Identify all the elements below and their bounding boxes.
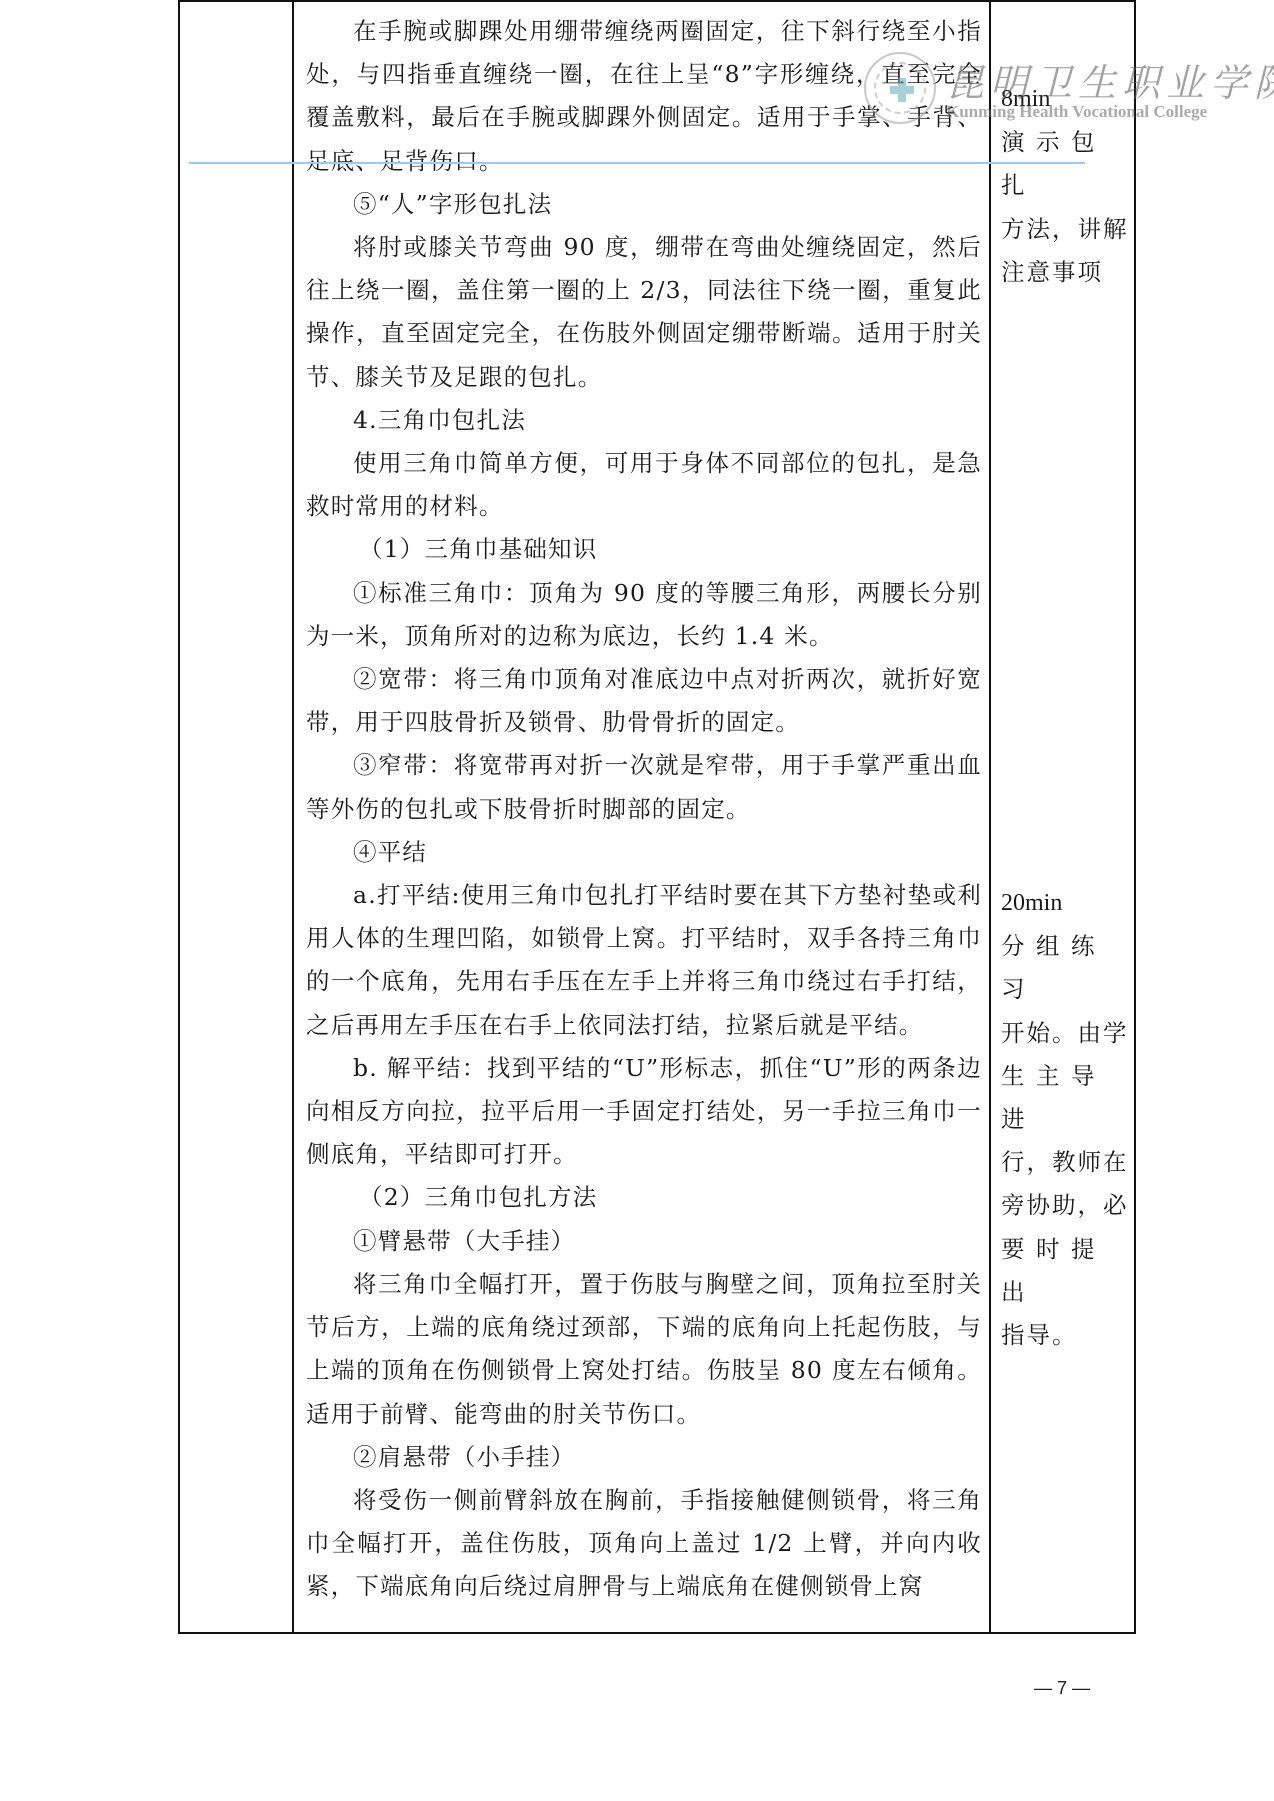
paragraph-untie-knot: b. 解平结：找到平结的“U”形标志，抓住“U”形的两条边向相反方向拉，拉平后用… bbox=[306, 1047, 982, 1177]
document-page: 在手腕或脚踝处用绷带缠绕两圈固定，往下斜行绕至小指处，与四指垂直缠绕一圈，在往上… bbox=[0, 0, 1274, 1801]
paragraph-spica-bandage: 将肘或膝关节弯曲 90 度，绷带在弯曲处缠绕固定，然后往上绕一圈，盖住第一圈的上… bbox=[306, 226, 982, 399]
note-line: 要 时 提 出 bbox=[1001, 1228, 1129, 1314]
heading-square-knot: ④平结 bbox=[306, 831, 982, 874]
note-line: 生 主 导 进 bbox=[1001, 1055, 1129, 1141]
heading-basics: （1）三角巾基础知识 bbox=[306, 528, 982, 571]
note-line: 演 示 包 扎 bbox=[1001, 121, 1129, 207]
note-line: 方法，讲解 bbox=[1001, 208, 1129, 251]
annotation-line bbox=[189, 162, 1085, 164]
heading-methods: （2）三角巾包扎方法 bbox=[306, 1176, 982, 1219]
heading-spica-bandage: ⑤“人”字形包扎法 bbox=[306, 183, 982, 226]
note-time: 8min bbox=[1001, 78, 1129, 121]
paragraph-standard-triangle: ①标准三角巾：顶角为 90 度的等腰三角形，两腰长分别为一米，顶角所对的边称为底… bbox=[306, 572, 982, 658]
content-text: 在手腕或脚踝处用绷带缠绕两圈固定，往下斜行绕至小指处，与四指垂直缠绕一圈，在往上… bbox=[306, 10, 982, 1609]
page-number: — 7 — bbox=[1034, 1678, 1090, 1699]
paragraph-shoulder-sling: 将受伤一侧前臂斜放在胸前，手指接触健侧锁骨，将三角巾全幅打开，盖住伤肢，顶角向上… bbox=[306, 1479, 982, 1609]
paragraph-wide-band: ②宽带：将三角巾顶角对准底边中点对折两次，就折好宽带，用于四肢骨折及锁骨、肋骨骨… bbox=[306, 658, 982, 744]
note-time: 20min bbox=[1001, 882, 1129, 925]
note-line: 旁协助，必 bbox=[1001, 1184, 1129, 1227]
heading-triangular-bandage: 4.三角巾包扎法 bbox=[306, 399, 982, 442]
paragraph-triangular-intro: 使用三角巾简单方便，可用于身体不同部位的包扎，是急救时常用的材料。 bbox=[306, 442, 982, 528]
note-line: 行，教师在 bbox=[1001, 1141, 1129, 1184]
note-line: 开始。由学 bbox=[1001, 1012, 1129, 1055]
table-column-content: 在手腕或脚踝处用绷带缠绕两圈固定，往下斜行绕至小指处，与四指垂直缠绕一圈，在往上… bbox=[294, 2, 991, 1632]
note-line: 分 组 练 习 bbox=[1001, 925, 1129, 1011]
table-column-notes: 8min 演 示 包 扎 方法，讲解 注意事项 20min 分 组 练 习 开始… bbox=[991, 2, 1136, 1632]
heading-arm-sling: ①臂悬带（大手挂） bbox=[306, 1220, 982, 1263]
teaching-note-practice: 20min 分 组 练 习 开始。由学 生 主 导 进 行，教师在 旁协助，必 … bbox=[1001, 882, 1129, 1357]
note-line: 指导。 bbox=[1001, 1314, 1129, 1357]
paragraph-figure8-bandage: 在手腕或脚踝处用绷带缠绕两圈固定，往下斜行绕至小指处，与四指垂直缠绕一圈，在往上… bbox=[306, 10, 982, 183]
note-line: 注意事项 bbox=[1001, 251, 1129, 294]
paragraph-tie-knot: a.打平结:使用三角巾包扎打平结时要在其下方垫衬垫或利用人体的生理凹陷，如锁骨上… bbox=[306, 874, 982, 1047]
table-column-empty bbox=[180, 2, 294, 1632]
teaching-note-demo: 8min 演 示 包 扎 方法，讲解 注意事项 bbox=[1001, 78, 1129, 294]
heading-shoulder-sling: ②肩悬带（小手挂） bbox=[306, 1436, 982, 1479]
lesson-plan-table: 在手腕或脚踝处用绷带缠绕两圈固定，往下斜行绕至小指处，与四指垂直缠绕一圈，在往上… bbox=[178, 0, 1136, 1634]
paragraph-arm-sling: 将三角巾全幅打开，置于伤肢与胸壁之间，顶角拉至肘关节后方，上端的底角绕过颈部，下… bbox=[306, 1263, 982, 1436]
paragraph-narrow-band: ③窄带：将宽带再对折一次就是窄带，用于手掌严重出血等外伤的包扎或下肢骨折时脚部的… bbox=[306, 744, 982, 830]
